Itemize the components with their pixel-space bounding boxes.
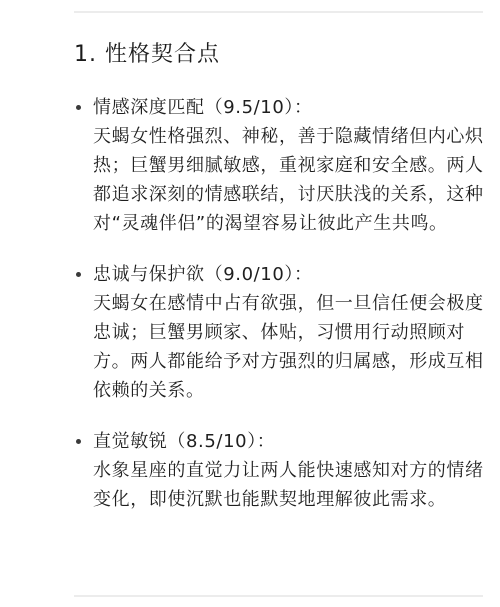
- item-title: 直觉敏锐（8.5/10）：: [93, 427, 494, 456]
- bullet-icon: [76, 272, 81, 277]
- bullet-icon: [76, 105, 81, 110]
- list-item-loyalty: 忠诚与保护欲（9.0/10）： 天蝎女在感情中占有欲强，但一旦信任便会极度忠诚；…: [74, 260, 494, 405]
- bottom-divider: [74, 595, 483, 597]
- list-item-intuition: 直觉敏锐（8.5/10）： 水象星座的直觉力让两人能快速感知对方的情绪变化，即使…: [74, 427, 494, 514]
- top-divider: [74, 11, 483, 13]
- item-title: 忠诚与保护欲（9.0/10）：: [93, 260, 494, 289]
- list-item-emotional-depth: 情感深度匹配（9.5/10）： 天蝎女性格强烈、神秘，善于隐藏情绪但内心炽热；巨…: [74, 93, 494, 238]
- section-heading: 1. 性格契合点: [74, 40, 220, 70]
- item-body: 天蝎女在感情中占有欲强，但一旦信任便会极度忠诚；巨蟹男顾家、体贴，习惯用行动照顾…: [93, 289, 485, 405]
- item-body: 天蝎女性格强烈、神秘，善于隐藏情绪但内心炽热；巨蟹男细腻敏感，重视家庭和安全感。…: [93, 122, 485, 238]
- item-body: 水象星座的直觉力让两人能快速感知对方的情绪变化，即使沉默也能默契地理解彼此需求。: [93, 456, 485, 514]
- trait-list: 情感深度匹配（9.5/10）： 天蝎女性格强烈、神秘，善于隐藏情绪但内心炽热；巨…: [74, 93, 494, 514]
- bullet-icon: [76, 439, 81, 444]
- item-title: 情感深度匹配（9.5/10）：: [93, 93, 494, 122]
